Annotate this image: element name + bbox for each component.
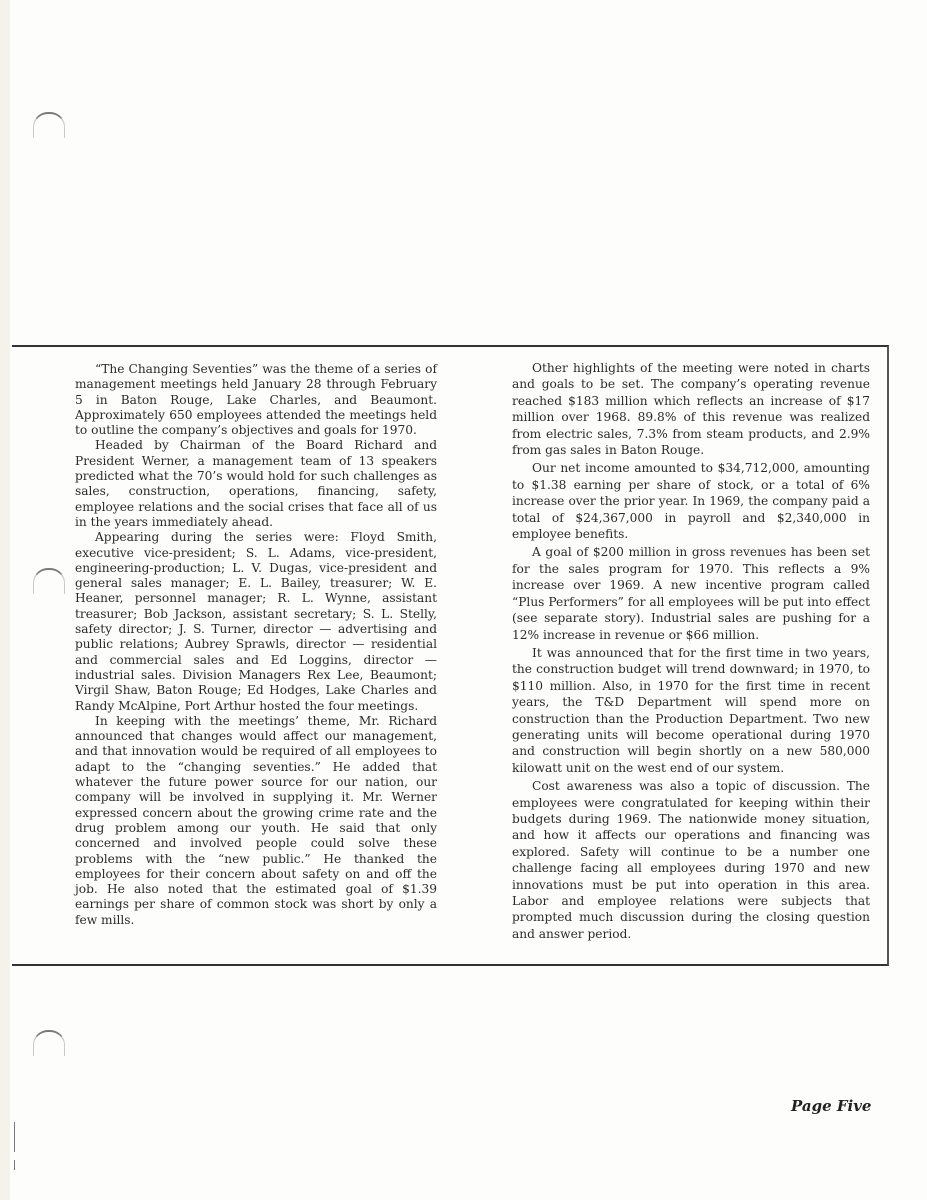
article-left-column: “The Changing Seventies” was the theme o…	[75, 362, 437, 928]
page-number: Page Five	[791, 1097, 871, 1115]
binder-hole-mark	[33, 112, 65, 138]
article-right-column: Other highlights of the meeting were not…	[512, 360, 870, 944]
paragraph: It was announced that for the first time…	[512, 645, 870, 776]
paragraph: In keeping with the meetings’ theme, Mr.…	[75, 714, 437, 928]
scan-tick-mark	[14, 1122, 15, 1152]
paragraph: Appearing during the series were: Floyd …	[75, 530, 437, 714]
binder-hole-mark	[33, 1030, 65, 1056]
paragraph: Our net income amounted to $34,712,000, …	[512, 460, 870, 542]
paragraph: Cost awareness was also a topic of discu…	[512, 778, 870, 942]
paragraph: A goal of $200 million in gross revenues…	[512, 544, 870, 642]
paragraph: Other highlights of the meeting were not…	[512, 360, 870, 458]
scan-tick-mark	[14, 1160, 15, 1170]
paragraph: Headed by Chairman of the Board Richard …	[75, 438, 437, 530]
paragraph: “The Changing Seventies” was the theme o…	[75, 362, 437, 438]
scan-edge	[0, 0, 10, 1200]
